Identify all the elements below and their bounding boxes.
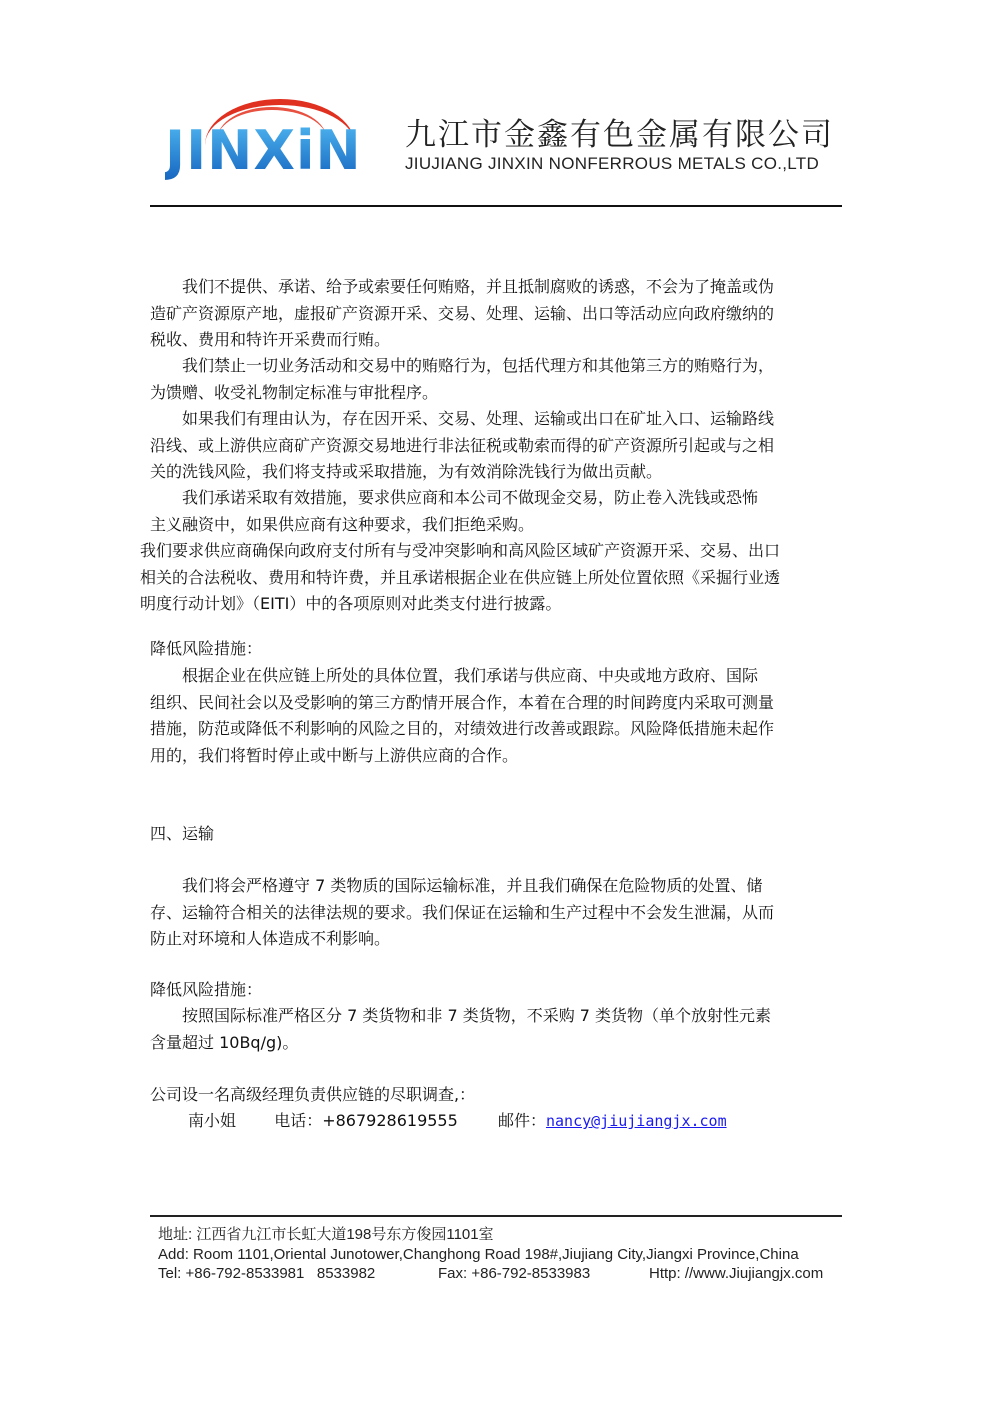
company-name-en: JIUJIANG JINXIN NONFERROUS METALS CO.,LT… bbox=[405, 153, 834, 175]
paragraph-class7-goods: 按照国际标准严格区分 7 类货物和非 7 类货物，不采购 7 类货物（单个放射性… bbox=[150, 1003, 771, 1056]
document-page: JINXiN 九江市金鑫有色金属有限公司 JIUJIANG JINXIN NON… bbox=[0, 0, 992, 1403]
text-line: 我们不提供、承诺、给予或索要任何贿赂，并且抵制腐败的诱惑，不会为了掩盖或伪 bbox=[150, 274, 774, 301]
footer-contact-row: Tel: +86-792-8533981 8533982Fax: +86-792… bbox=[158, 1264, 823, 1284]
company-name-cn: 九江市金鑫有色金属有限公司 bbox=[405, 117, 834, 153]
text-line: 我们禁止一切业务活动和交易中的贿赂行为，包括代理方和其他第三方的贿赂行为， bbox=[150, 353, 774, 380]
company-name-block: 九江市金鑫有色金属有限公司 JIUJIANG JINXIN NONFERROUS… bbox=[405, 117, 834, 175]
paragraph-cash-transactions: 我们承诺采取有效措施，要求供应商和本公司不做现金交易，防止卷入洗钱或恐怖 主义融… bbox=[150, 485, 758, 538]
text-line: 主义融资中，如果供应商有这种要求，我们拒绝采购。 bbox=[150, 512, 758, 539]
text-line: 我们将会严格遵守 7 类物质的国际运输标准，并且我们确保在危险物质的处置、储 bbox=[150, 873, 774, 900]
paragraph-money-laundering: 如果我们有理由认为，存在因开采、交易、处理、运输或出口在矿址入口、运输路线 沿线… bbox=[150, 406, 774, 486]
text-line: 如果我们有理由认为，存在因开采、交易、处理、运输或出口在矿址入口、运输路线 bbox=[150, 406, 774, 433]
text-line: 造矿产资源原产地，虚报矿产资源开采、交易、处理、运输、出口等活动应向政府缴纳的 bbox=[150, 301, 774, 328]
company-logo: JINXiN bbox=[165, 95, 393, 185]
paragraph-eiti-disclosure: 我们要求供应商确保向政府支付所有与受冲突影响和高风险区域矿产资源开采、交易、出口… bbox=[140, 538, 780, 618]
paragraph-anti-bribery: 我们不提供、承诺、给予或索要任何贿赂，并且抵制腐败的诱惑，不会为了掩盖或伪 造矿… bbox=[150, 274, 774, 354]
email-link[interactable]: nancy@jiujiangjx.com bbox=[546, 1112, 727, 1130]
footer-tel: Tel: +86-792-8533981 8533982 bbox=[158, 1264, 438, 1284]
text-line: 我们承诺采取有效措施，要求供应商和本公司不做现金交易，防止卷入洗钱或恐怖 bbox=[150, 485, 758, 512]
text-line: 明度行动计划》（EITI）中的各项原则对此类支付进行披露。 bbox=[140, 591, 780, 618]
text-line: 防止对环境和人体造成不利影响。 bbox=[150, 926, 774, 953]
footer-fax: Fax: +86-792-8533983 bbox=[438, 1264, 649, 1284]
header-divider bbox=[150, 205, 842, 207]
paragraph-mitigation-cooperation: 根据企业在供应链上所处的具体位置，我们承诺与供应商、中央或地方政府、国际 组织、… bbox=[150, 663, 774, 769]
paragraph-gift-policy: 我们禁止一切业务活动和交易中的贿赂行为，包括代理方和其他第三方的贿赂行为， 为馈… bbox=[150, 353, 774, 406]
footer-website: Http: //www.Jiujiangjx.com bbox=[649, 1264, 823, 1284]
text-line: 含量超过 10Bq/g)。 bbox=[150, 1030, 771, 1057]
section-heading-transport: 四、运输 bbox=[150, 821, 214, 848]
text-line: 用的，我们将暂时停止或中断与上游供应商的合作。 bbox=[150, 743, 774, 770]
text-line: 存、运输符合相关的法律法规的要求。我们保证在运输和生产过程中不会发生泄漏，从而 bbox=[150, 900, 774, 927]
mitigation-heading-2: 降低风险措施： bbox=[150, 977, 262, 1004]
mitigation-heading-1: 降低风险措施： bbox=[150, 636, 262, 663]
contact-line: 南小姐 电话：+867928619555 邮件：nancy@jiujiangjx… bbox=[188, 1108, 727, 1135]
letterhead: JINXiN 九江市金鑫有色金属有限公司 JIUJIANG JINXIN NON… bbox=[160, 95, 840, 190]
text-line: 组织、民间社会以及受影响的第三方酌情开展合作，本着在合理的时间跨度内采取可测量 bbox=[150, 690, 774, 717]
letterhead-footer: 地址: 江西省九江市长虹大道198号东方俊园1101室 Add: Room 11… bbox=[158, 1225, 823, 1284]
phone-label: 电话： bbox=[274, 1111, 322, 1130]
text-line: 关的洗钱风险，我们将支持或采取措施，为有效消除洗钱行为做出贡献。 bbox=[150, 459, 774, 486]
footer-address-cn: 地址: 江西省九江市长虹大道198号东方俊园1101室 bbox=[158, 1225, 823, 1245]
text-line: 沿线、或上游供应商矿产资源交易地进行非法征税或勒索而得的矿产资源所引起或与之相 bbox=[150, 433, 774, 460]
email-label: 邮件： bbox=[498, 1111, 546, 1130]
text-line: 根据企业在供应链上所处的具体位置，我们承诺与供应商、中央或地方政府、国际 bbox=[150, 663, 774, 690]
text-line: 我们要求供应商确保向政府支付所有与受冲突影响和高风险区域矿产资源开采、交易、出口 bbox=[140, 538, 780, 565]
text-line: 为馈赠、收受礼物制定标准与审批程序。 bbox=[150, 380, 774, 407]
logo-wordmark: JINXiN bbox=[165, 121, 362, 181]
footer-divider bbox=[150, 1215, 842, 1217]
footer-address-en: Add: Room 1101,Oriental Junotower,Changh… bbox=[158, 1245, 823, 1265]
paragraph-transport: 我们将会严格遵守 7 类物质的国际运输标准，并且我们确保在危险物质的处置、储 存… bbox=[150, 873, 774, 953]
contact-intro: 公司设一名高级经理负责供应链的尽职调查,： bbox=[150, 1082, 475, 1109]
text-line: 按照国际标准严格区分 7 类货物和非 7 类货物，不采购 7 类货物（单个放射性… bbox=[150, 1003, 771, 1030]
phone-number: +867928619555 bbox=[322, 1111, 458, 1130]
text-line: 相关的合法税收、费用和特许费，并且承诺根据企业在供应链上所处位置依照《采掘行业透 bbox=[140, 565, 780, 592]
text-line: 措施，防范或降低不利影响的风险之目的，对绩效进行改善或跟踪。风险降低措施未起作 bbox=[150, 716, 774, 743]
contact-name: 南小姐 bbox=[188, 1111, 236, 1130]
text-line: 税收、费用和特许开采费而行贿。 bbox=[150, 327, 774, 354]
